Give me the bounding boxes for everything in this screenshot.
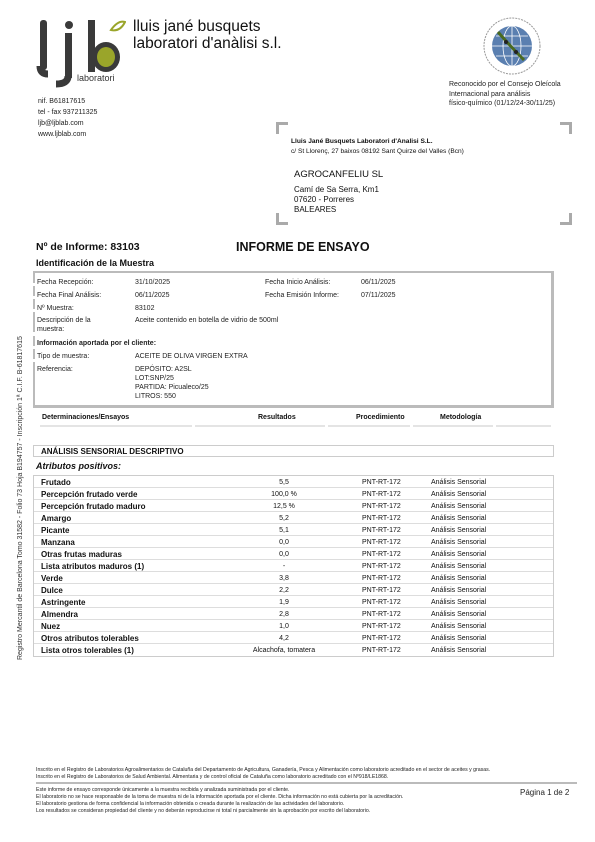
recipient-line: Camí de Sa Serra, Km1 — [294, 185, 383, 195]
table-row: Amargo5,2PNT-RT-172Análisis Sensorial — [34, 512, 553, 524]
report-title: INFORME DE ENSAYO — [236, 240, 370, 254]
address-corner — [276, 122, 288, 134]
attribute-value: 0,0 — [239, 551, 329, 558]
attribute-method: Análisis Sensorial — [431, 551, 486, 558]
ioc-text-line: físico-químico (01/12/24-30/11/25) — [449, 99, 561, 109]
attribute-value: - — [239, 563, 329, 570]
descripcion-value: Aceite contenido en botella de vidrio de… — [135, 316, 278, 325]
attribute-method: Análisis Sensorial — [431, 503, 486, 510]
table-row: Lista atributos maduros (1)-PNT-RT-172An… — [34, 560, 553, 572]
attribute-method: Análisis Sensorial — [431, 515, 486, 522]
referencia-line: LITROS: 550 — [135, 392, 209, 401]
divider — [33, 286, 35, 296]
muestra-value: 83102 — [135, 304, 154, 313]
attribute-value: 3,8 — [239, 575, 329, 582]
header-underline — [413, 425, 493, 427]
address-corner — [276, 213, 288, 225]
attribute-procedure: PNT-RT-172 — [362, 491, 401, 498]
attribute-name: Amargo — [41, 514, 71, 523]
recipient-line: BALEARES — [294, 205, 383, 215]
fecha-final-label: Fecha Final Análisis: — [37, 291, 101, 300]
attribute-method: Análisis Sensorial — [431, 623, 486, 630]
table-row: Lista otros tolerables (1)Alcachofa, tom… — [34, 644, 553, 656]
footer-separator — [36, 782, 577, 784]
company-name: lluis jané busquets laboratori d'anàlisi… — [133, 18, 282, 52]
attribute-method: Análisis Sensorial — [431, 647, 486, 654]
header-underline — [40, 425, 192, 427]
sender-address: Lluis Jané Busquets Laboratori d'Analisi… — [291, 137, 464, 157]
divider — [33, 312, 35, 332]
muestra-label: Nº Muestra: — [37, 304, 74, 313]
attribute-procedure: PNT-RT-172 — [362, 599, 401, 606]
attribute-value: 2,8 — [239, 611, 329, 618]
attribute-method: Análisis Sensorial — [431, 587, 486, 594]
footer-note: El laboratorio no se hace responsable de… — [36, 794, 436, 801]
attribute-method: Análisis Sensorial — [431, 575, 486, 582]
attribute-method: Análisis Sensorial — [431, 635, 486, 642]
company-name-line1: lluis jané busquets — [133, 18, 282, 35]
footer-note: Los resultados se consideran propiedad d… — [36, 808, 436, 815]
attribute-method: Análisis Sensorial — [431, 539, 486, 546]
attribute-name: Frutado — [41, 478, 71, 487]
footer-registry: Inscrito en el Registro de Laboratorios … — [36, 767, 490, 781]
tipo-muestra-value: ACEITE DE OLIVA VIRGEN EXTRA — [135, 352, 248, 361]
positive-attributes-title: Atributos positivos: — [36, 461, 121, 471]
footer-registry-line: Inscrito en el Registro de Laboratorios … — [36, 774, 490, 781]
page-number: Página 1 de 2 — [520, 788, 569, 797]
fecha-final-value: 06/11/2025 — [135, 291, 170, 300]
attribute-name: Almendra — [41, 610, 78, 619]
referencia-line: DEPÓSITO: A2SL — [135, 365, 209, 374]
attribute-procedure: PNT-RT-172 — [362, 563, 401, 570]
divider — [33, 336, 35, 346]
divider — [33, 362, 35, 406]
attribute-name: Percepción frutado verde — [41, 490, 137, 499]
table-row: Otras frutas maduras0,0PNT-RT-172Análisi… — [34, 548, 553, 560]
footer-note: El laboratorio gestiona de forma confide… — [36, 801, 436, 808]
sender-name: Lluis Jané Busquets Laboratori d'Analisi… — [291, 137, 464, 147]
contact-info: nif. B61817615 tel - fax 937211325 ljb@l… — [38, 96, 97, 140]
attribute-procedure: PNT-RT-172 — [362, 515, 401, 522]
table-row: Nuez1,0PNT-RT-172Análisis Sensorial — [34, 620, 553, 632]
sensorial-section-title: ANÁLISIS SENSORIAL DESCRIPTIVO — [33, 445, 554, 457]
attribute-name: Otros atributos tolerables — [41, 634, 139, 643]
attribute-value: Alcachofa, tomatera — [239, 647, 329, 654]
attribute-procedure: PNT-RT-172 — [362, 575, 401, 582]
table-row: Percepción frutado verde100,0 %PNT-RT-17… — [34, 488, 553, 500]
attribute-method: Análisis Sensorial — [431, 563, 486, 570]
attribute-procedure: PNT-RT-172 — [362, 587, 401, 594]
descripcion-label-line1: Descripción de la — [37, 316, 91, 325]
header-resultados: Resultados — [258, 414, 296, 421]
fecha-inicio-value: 06/11/2025 — [361, 278, 396, 287]
attribute-name: Otras frutas maduras — [41, 550, 122, 559]
attribute-procedure: PNT-RT-172 — [362, 635, 401, 642]
attribute-name: Percepción frutado maduro — [41, 502, 145, 511]
tipo-muestra-label: Tipo de muestra: — [37, 352, 89, 361]
attribute-procedure: PNT-RT-172 — [362, 527, 401, 534]
attribute-procedure: PNT-RT-172 — [362, 539, 401, 546]
sensorial-results-table: Frutado5,5PNT-RT-172Análisis SensorialPe… — [33, 475, 554, 657]
attribute-method: Análisis Sensorial — [431, 599, 486, 606]
logo-subtitle: laboratori — [77, 73, 115, 83]
table-row: Percepción frutado maduro12,5 %PNT-RT-17… — [34, 500, 553, 512]
attribute-method: Análisis Sensorial — [431, 611, 486, 618]
referencia-line: PARTIDA: Picualeco/25 — [135, 383, 209, 392]
attribute-value: 5,1 — [239, 527, 329, 534]
divider — [33, 349, 35, 359]
fecha-inicio-label: Fecha Inicio Análisis: — [265, 278, 330, 287]
ioc-recognition: Reconocido por el Consejo Oleícola Inter… — [449, 80, 561, 109]
header-procedimiento: Procedimiento — [356, 414, 405, 421]
fecha-recepcion-label: Fecha Recepción: — [37, 278, 93, 287]
attribute-method: Análisis Sensorial — [431, 491, 486, 498]
attribute-name: Astringente — [41, 598, 85, 607]
table-row: Verde3,8PNT-RT-172Análisis Sensorial — [34, 572, 553, 584]
table-row: Picante5,1PNT-RT-172Análisis Sensorial — [34, 524, 553, 536]
attribute-value: 1,0 — [239, 623, 329, 630]
header-underline — [195, 425, 325, 427]
descripcion-label: Descripción de la muestra: — [37, 316, 91, 334]
table-row: Astringente1,9PNT-RT-172Análisis Sensori… — [34, 596, 553, 608]
descripcion-label-line2: muestra: — [37, 325, 91, 334]
ioc-text-line: Reconocido por el Consejo Oleícola — [449, 80, 561, 90]
attribute-procedure: PNT-RT-172 — [362, 623, 401, 630]
address-corner — [560, 122, 572, 134]
company-name-line2: laboratori d'anàlisi s.l. — [133, 35, 282, 52]
attribute-procedure: PNT-RT-172 — [362, 611, 401, 618]
recipient-name: AGROCANFELIU SL — [294, 170, 383, 180]
table-row: Manzana0,0PNT-RT-172Análisis Sensorial — [34, 536, 553, 548]
ioc-logo — [482, 16, 542, 76]
sender-street: c/ St Llorenç, 27 baixos 08192 Sant Quir… — [291, 147, 464, 157]
header-determinaciones: Determinaciones/Ensayos — [42, 414, 129, 421]
email-link[interactable]: ljb@ljblab.com — [38, 118, 97, 129]
attribute-name: Lista atributos maduros (1) — [41, 562, 144, 571]
ioc-text-line: Internacional para análisis — [449, 90, 561, 100]
attribute-value: 0,0 — [239, 539, 329, 546]
referencia-label: Referencia: — [37, 365, 73, 374]
attribute-name: Dulce — [41, 586, 63, 595]
attribute-value: 1,9 — [239, 599, 329, 606]
attribute-value: 5,2 — [239, 515, 329, 522]
attribute-method: Análisis Sensorial — [431, 527, 486, 534]
attribute-value: 2,2 — [239, 587, 329, 594]
referencia-line: LOT:SNP/25 — [135, 374, 209, 383]
nif: nif. B61817615 — [38, 96, 97, 107]
report-number: Nº de Informe: 83103 — [36, 241, 140, 253]
phone: tel - fax 937211325 — [38, 107, 97, 118]
sample-identification-title: Identificación de la Muestra — [36, 258, 154, 268]
attribute-procedure: PNT-RT-172 — [362, 551, 401, 558]
footer-note: Este informe de ensayo corresponde única… — [36, 787, 436, 794]
footer-registry-line: Inscrito en el Registro de Laboratorios … — [36, 767, 490, 774]
referencia-value: DEPÓSITO: A2SL LOT:SNP/25 PARTIDA: Picua… — [135, 365, 209, 401]
header-metodologia: Metodología — [440, 414, 481, 421]
attribute-value: 100,0 % — [239, 491, 329, 498]
attribute-name: Lista otros tolerables (1) — [41, 646, 134, 655]
fecha-emision-value: 07/11/2025 — [361, 291, 396, 300]
client-info-heading: Información aportada por el cliente: — [37, 339, 156, 348]
table-row: Almendra2,8PNT-RT-172Análisis Sensorial — [34, 608, 553, 620]
footer-notes: Este informe de ensayo corresponde única… — [36, 787, 436, 815]
header-underline — [496, 425, 551, 427]
divider — [33, 273, 35, 283]
divider — [33, 299, 35, 309]
fecha-recepcion-value: 31/10/2025 — [135, 278, 170, 287]
attribute-value: 12,5 % — [239, 503, 329, 510]
recipient-line: 07620 - Porreres — [294, 195, 383, 205]
fecha-emision-label: Fecha Emisión Informe: — [265, 291, 339, 300]
attribute-value: 5,5 — [239, 479, 329, 486]
attribute-method: Análisis Sensorial — [431, 479, 486, 486]
attribute-value: 4,2 — [239, 635, 329, 642]
table-row: Otros atributos tolerables4,2PNT-RT-172A… — [34, 632, 553, 644]
attribute-name: Picante — [41, 526, 69, 535]
attribute-name: Manzana — [41, 538, 75, 547]
registry-side-text: Registro Mercantil de Barcelona Tomo 315… — [17, 280, 24, 660]
attribute-procedure: PNT-RT-172 — [362, 479, 401, 486]
table-row: Dulce2,2PNT-RT-172Análisis Sensorial — [34, 584, 553, 596]
address-corner — [560, 213, 572, 225]
table-row: Frutado5,5PNT-RT-172Análisis Sensorial — [34, 476, 553, 488]
attribute-procedure: PNT-RT-172 — [362, 503, 401, 510]
header-underline — [328, 425, 410, 427]
attribute-procedure: PNT-RT-172 — [362, 647, 401, 654]
recipient-address: AGROCANFELIU SL Camí de Sa Serra, Km1 07… — [294, 170, 383, 215]
website-link[interactable]: www.ljblab.com — [38, 129, 97, 140]
attribute-name: Nuez — [41, 622, 60, 631]
attribute-name: Verde — [41, 574, 63, 583]
